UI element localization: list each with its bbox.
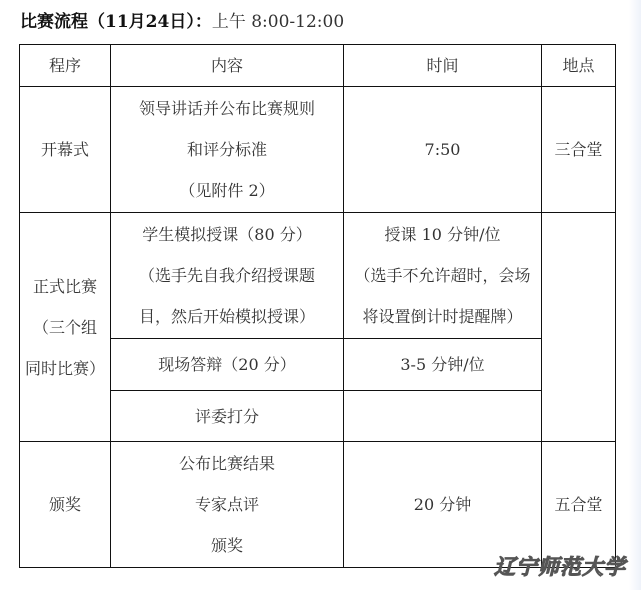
cell-awards-time: 20 分钟 (344, 442, 542, 568)
cell-teaching-time: 授课 10 分钟/位 （选手不允许超时，会场 将设置倒计时提醒牌） (344, 213, 542, 339)
cell-awards-content: 公布比赛结果 专家点评 颁奖 (111, 442, 344, 568)
schedule-table: 程序 内容 时间 地点 开幕式 领导讲话并公布比赛规则 和评分标准 （见附件 2… (19, 44, 616, 568)
cell-opening-stage: 开幕式 (20, 87, 111, 213)
cell-defense-time: 3-5 分钟/位 (344, 339, 542, 391)
schedule-title: 比赛流程（11月24日）：上午 8:00-12:00 (20, 10, 344, 34)
header-time: 时间 (344, 45, 542, 87)
cell-opening-time: 7:50 (344, 87, 542, 213)
table-header-row: 程序 内容 时间 地点 (20, 45, 616, 87)
cell-competition-location (542, 213, 616, 442)
title-time-range: 上午 8:00-12:00 (212, 12, 344, 32)
table-row-opening: 开幕式 领导讲话并公布比赛规则 和评分标准 （见附件 2） 7:50 三合堂 (20, 87, 616, 213)
cell-awards-location: 五合堂 (542, 442, 616, 568)
header-location: 地点 (542, 45, 616, 87)
header-content: 内容 (111, 45, 344, 87)
page-edge-shade (629, 0, 641, 590)
cell-opening-content: 领导讲话并公布比赛规则 和评分标准 （见附件 2） (111, 87, 344, 213)
cell-teaching-content: 学生模拟授课（80 分） （选手先自我介绍授课题 目，然后开始模拟授课） (111, 213, 344, 339)
cell-awards-stage: 颁奖 (20, 442, 111, 568)
university-watermark: 辽宁师范大学 (494, 551, 626, 581)
cell-defense-content: 现场答辩（20 分） (111, 339, 344, 391)
cell-opening-location: 三合堂 (542, 87, 616, 213)
title-date: 比赛流程（11月24日）： (20, 12, 212, 32)
cell-scoring-content: 评委打分 (111, 391, 344, 442)
header-stage: 程序 (20, 45, 111, 87)
cell-scoring-time (344, 391, 542, 442)
cell-competition-stage: 正式比赛 （三个组 同时比赛） (20, 213, 111, 442)
table-row-awards: 颁奖 公布比赛结果 专家点评 颁奖 20 分钟 五合堂 (20, 442, 616, 568)
table-row-competition-teaching: 正式比赛 （三个组 同时比赛） 学生模拟授课（80 分） （选手先自我介绍授课题… (20, 213, 616, 339)
